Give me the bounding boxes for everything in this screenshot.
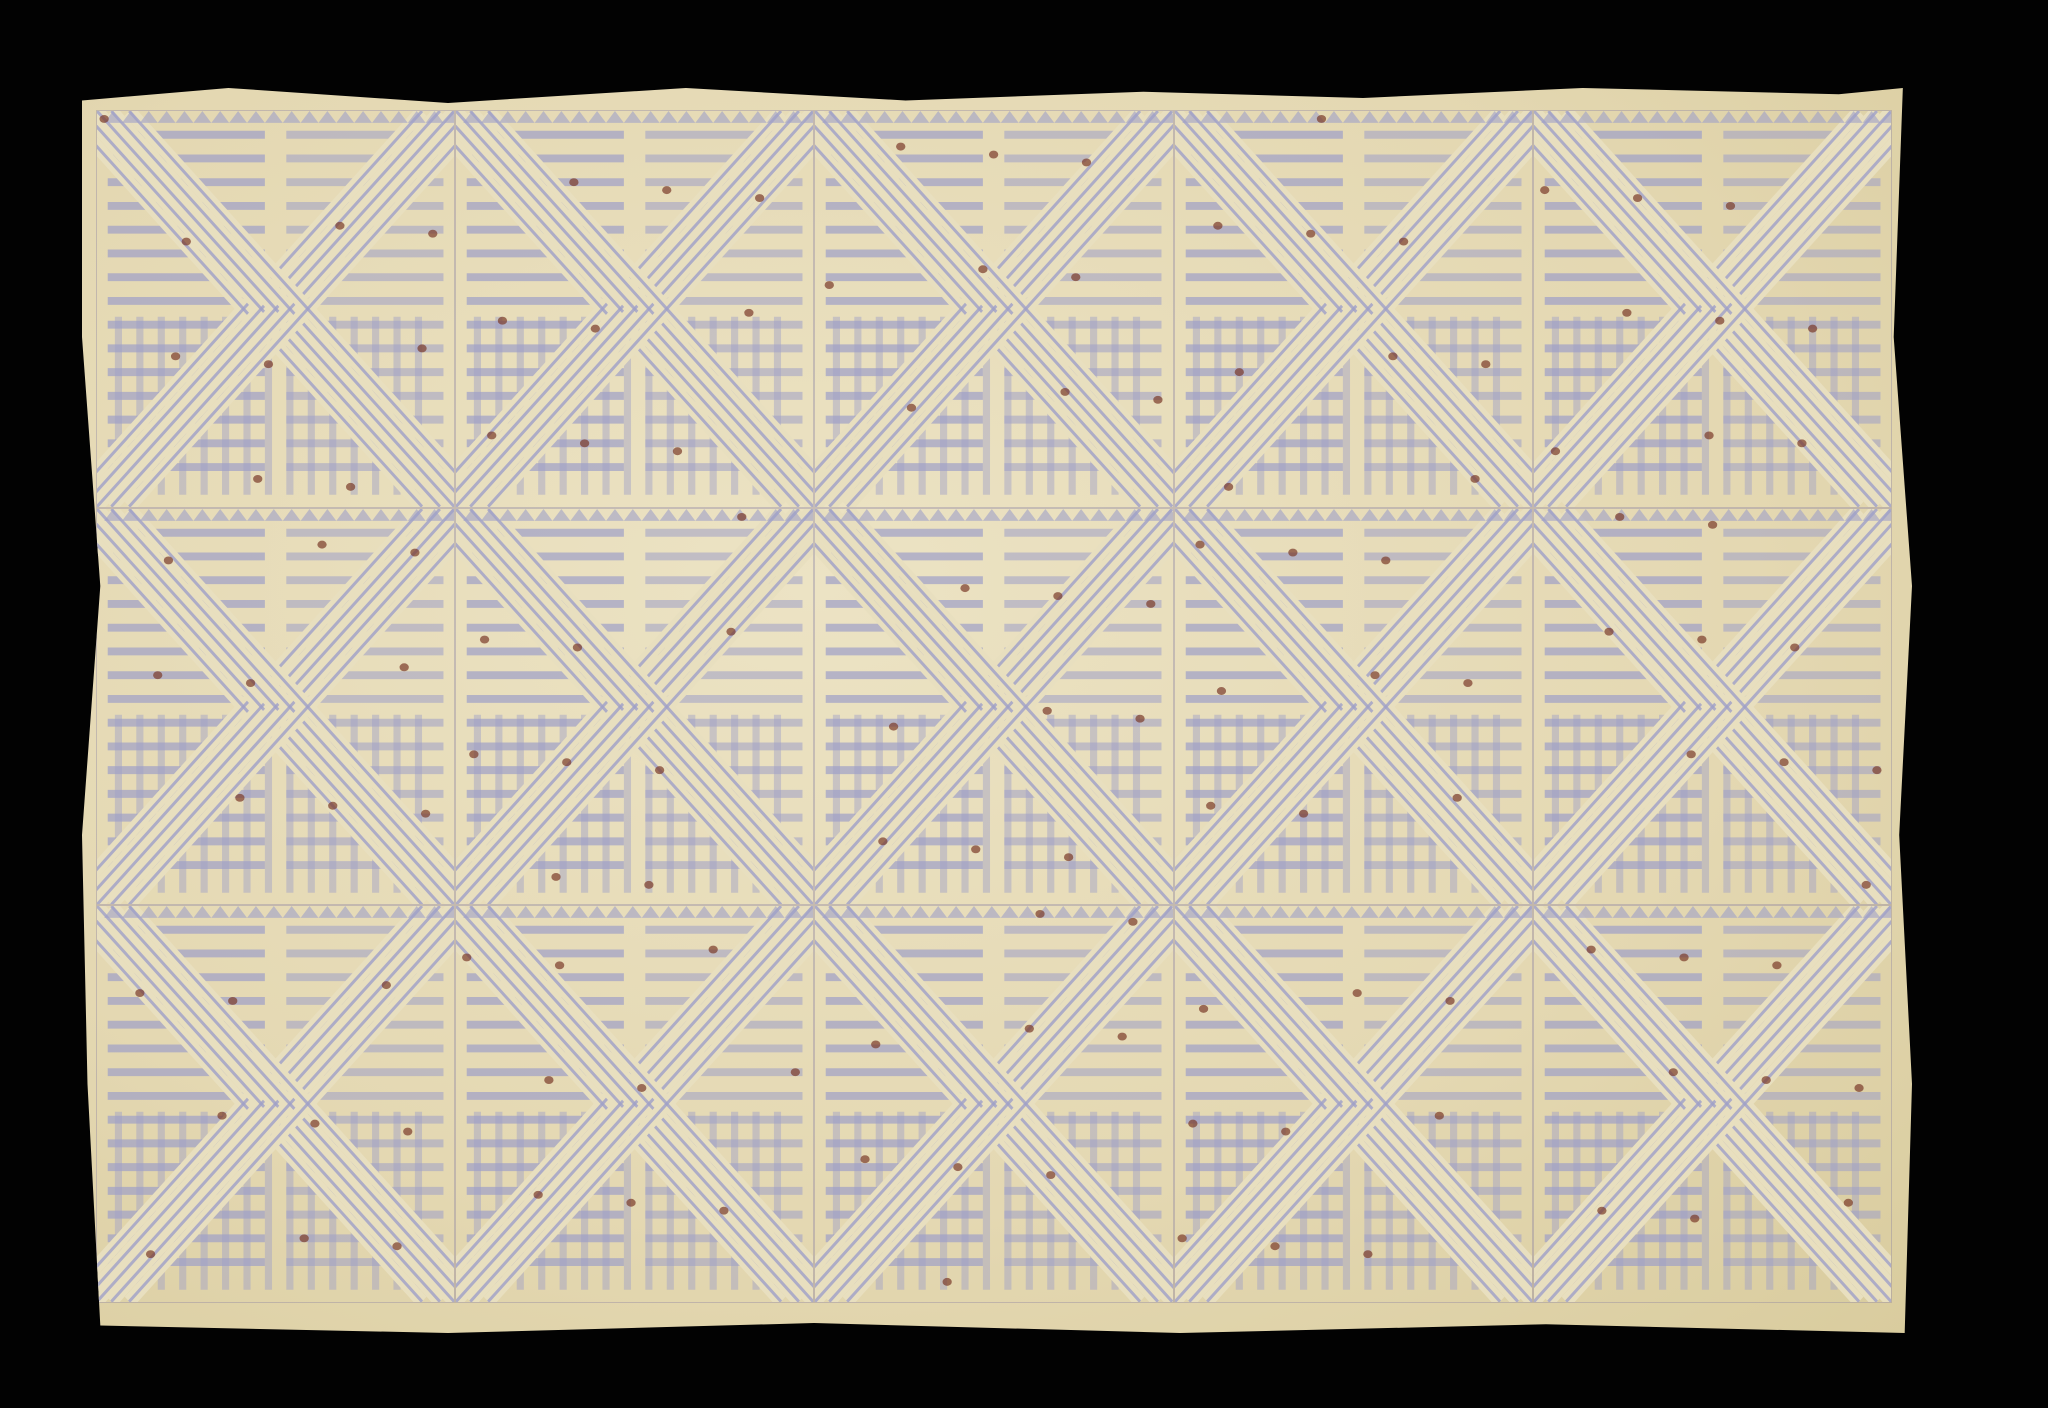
x-motif-tile	[1533, 508, 1892, 906]
motif-grid	[96, 110, 1892, 1303]
x-motif-tile	[1174, 905, 1533, 1303]
x-motif-tile	[814, 110, 1173, 508]
x-motif-tile	[455, 905, 814, 1303]
x-motif-tile	[96, 508, 455, 906]
x-motif-tile	[814, 905, 1173, 1303]
x-motif-tile	[455, 110, 814, 508]
x-motif-tile	[1174, 508, 1533, 906]
x-motif-tile	[455, 508, 814, 906]
tapa-cloth	[82, 88, 1912, 1333]
photograph: tapa bark cloth with repeated X-shaped g…	[0, 0, 2048, 1408]
x-motif-tile	[1533, 110, 1892, 508]
x-motif-tile	[96, 110, 455, 508]
x-motif-tile	[1174, 110, 1533, 508]
x-motif-tile	[1533, 905, 1892, 1303]
x-motif-tile	[814, 508, 1173, 906]
x-motif-tile	[96, 905, 455, 1303]
